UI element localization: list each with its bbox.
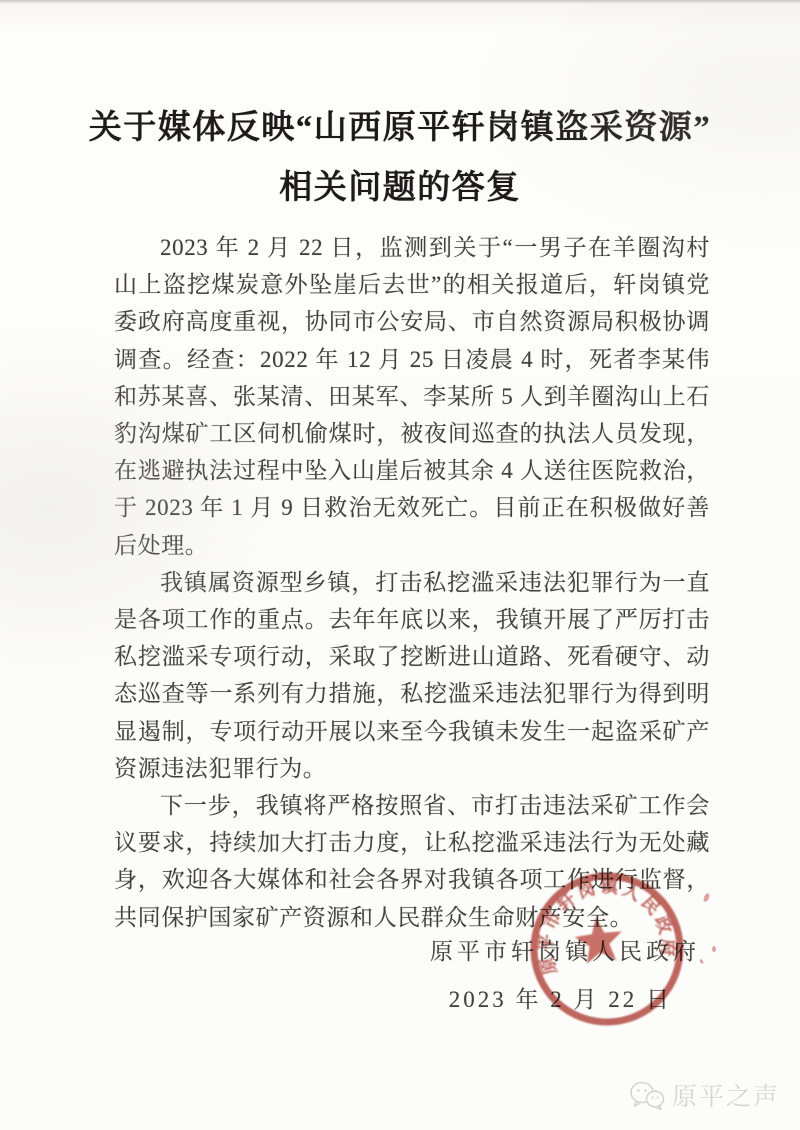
wechat-icon xyxy=(629,1080,665,1111)
paragraph-3: 下一步，我镇将严格按照省、市打击违法采矿工作会议要求，持续加大打击力度，让私挖滥… xyxy=(114,787,710,936)
signature-block: 原平市轩岗镇人民政府 2023 年 2 月 22 日 xyxy=(430,933,700,1014)
document-page: 关于媒体反映“山西原平轩岗镇盗采资源” 相关问题的答复 2023 年 2 月 2… xyxy=(0,0,800,1130)
watermark: 原平之声 xyxy=(629,1077,780,1113)
document-body: 2023 年 2 月 22 日，监测到关于“一男子在羊圈沟村山上盗挖煤炭意外坠崖… xyxy=(114,229,710,936)
seal-ink-smudge xyxy=(712,946,716,952)
title-line-2: 相关问题的答复 xyxy=(0,158,800,218)
document-title: 关于媒体反映“山西原平轩岗镇盗采资源” 相关问题的答复 xyxy=(0,98,800,218)
signature-date: 2023 年 2 月 22 日 xyxy=(449,981,672,1014)
watermark-label: 原平之声 xyxy=(672,1077,780,1113)
title-line-1: 关于媒体反映“山西原平轩岗镇盗采资源” xyxy=(0,98,800,158)
paragraph-2: 我镇属资源型乡镇，打击私挖滥采违法犯罪行为一直是各项工作的重点。去年年底以来，我… xyxy=(114,564,710,787)
signature-organization: 原平市轩岗镇人民政府 xyxy=(430,933,700,966)
paragraph-1: 2023 年 2 月 22 日，监测到关于“一男子在羊圈沟村山上盗挖煤炭意外坠崖… xyxy=(114,229,710,564)
